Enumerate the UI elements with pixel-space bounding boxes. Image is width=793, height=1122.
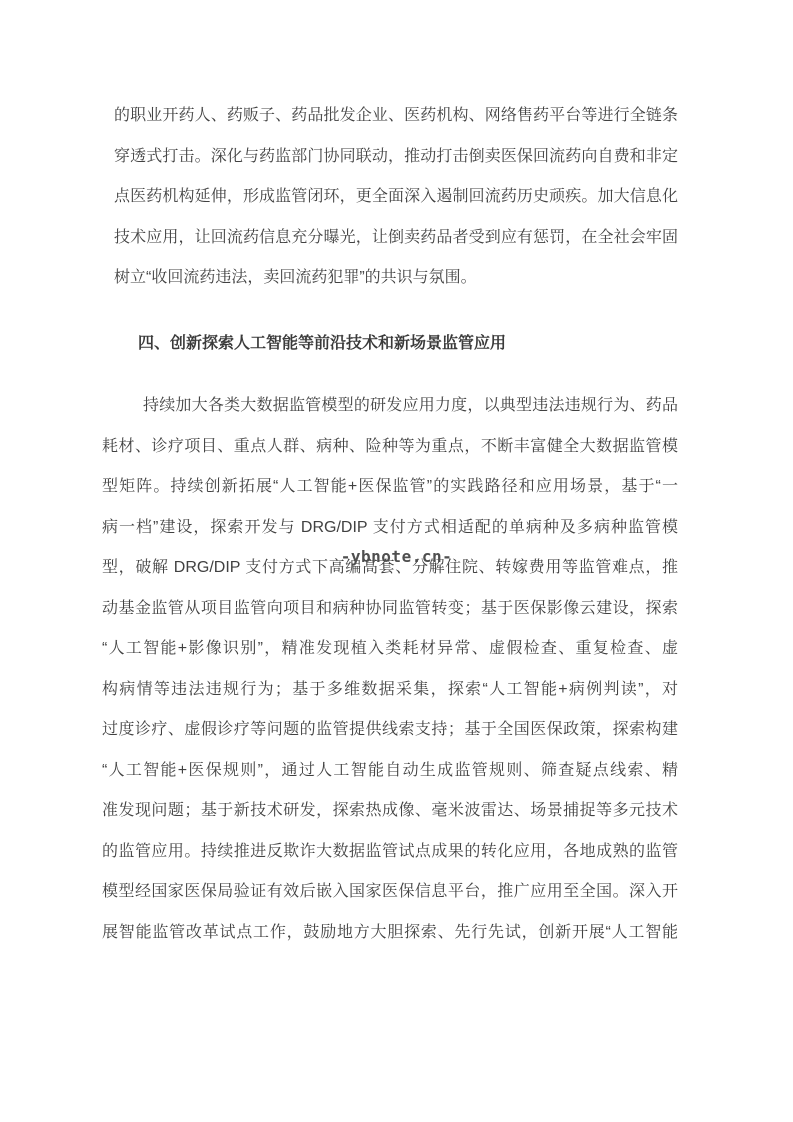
body-line: “人工智能+影像识别”，精准发现植入类耗材异常、虚假检查、重复检查、虚 <box>102 629 678 670</box>
body-line: 型矩阵。持续创新拓展“人工智能+医保监管”的实践路径和应用场景，基于“一 <box>102 467 678 508</box>
body-line: 的职业开药人、药贩子、药品批发企业、医药机构、网络售药平台等进行全链条 <box>114 96 678 137</box>
watermark: -ybnote.cn- <box>341 547 452 566</box>
body-line: 模型经国家医保局验证有效后嵌入国家医保信息平台，推广应用至全国。深入开 <box>102 872 678 913</box>
body-line: 持续加大各类大数据监管模型的研发应用力度，以典型违法违规行为、药品 <box>102 386 678 427</box>
body-line: 展智能监管改革试点工作，鼓励地方大胆探索、先行先试，创新开展“人工智能 <box>102 913 678 954</box>
body-line: 点医药机构延伸，形成监管闭环，更全面深入遏制回流药历史顽疾。加大信息化 <box>114 177 678 218</box>
body-line: 准发现问题；基于新技术研发，探索热成像、毫米波雷达、场景捕捉等多元技术 <box>102 791 678 832</box>
body-line: 过度诊疗、虚假诊疗等问题的监管提供线索支持；基于全国医保政策，探索构建 <box>102 710 678 751</box>
body-line: “人工智能+医保规则”，通过人工智能自动生成监管规则、筛查疑点线索、精 <box>102 751 678 792</box>
paragraph-2: 持续加大各类大数据监管模型的研发应用力度，以典型违法违规行为、药品 耗材、诊疗项… <box>102 386 678 953</box>
body-line: 的监管应用。持续推进反欺诈大数据监管试点成果的转化应用，各地成熟的监管 <box>102 832 678 873</box>
section-heading: 四、创新探索人工智能等前沿技术和新场景监管应用 <box>138 324 506 365</box>
paragraph-1: 的职业开药人、药贩子、药品批发企业、医药机构、网络售药平台等进行全链条 穿透式打… <box>114 96 678 299</box>
body-line: 技术应用，让回流药信息充分曝光，让倒卖药品者受到应有惩罚，在全社会牢固 <box>114 218 678 259</box>
body-line: 病一档”建设，探索开发与 DRG/DIP 支付方式相适配的单病种及多病种监管模 <box>102 508 678 549</box>
body-line: 穿透式打击。深化与药监部门协同联动，推动打击倒卖医保回流药向自费和非定 <box>114 137 678 178</box>
document-page: 的职业开药人、药贩子、药品批发企业、医药机构、网络售药平台等进行全链条 穿透式打… <box>0 0 793 1122</box>
body-line: 构病情等违法违规行为；基于多维数据采集，探索“人工智能+病例判读”，对 <box>102 670 678 711</box>
body-line: 树立“收回流药违法，卖回流药犯罪”的共识与氛围。 <box>114 258 678 299</box>
body-line: 耗材、诊疗项目、重点人群、病种、险种等为重点，不断丰富健全大数据监管模 <box>102 427 678 468</box>
body-line: 动基金监管从项目监管向项目和病种协同监管转变；基于医保影像云建设，探索 <box>102 589 678 630</box>
